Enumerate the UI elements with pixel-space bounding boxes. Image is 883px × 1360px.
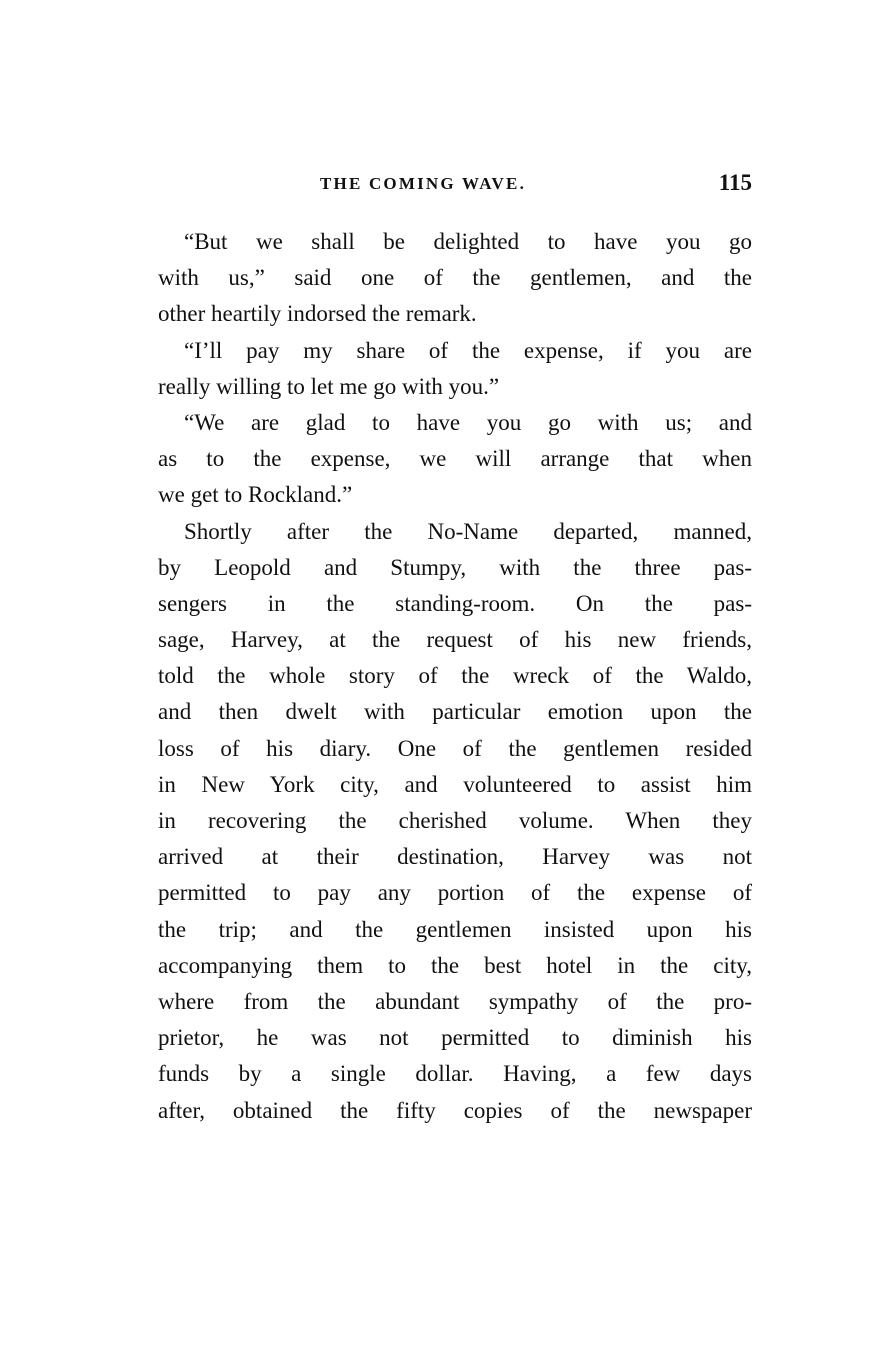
body-text: “But we shall be delighted to have you g… bbox=[158, 224, 752, 1129]
text-line: after, obtained the fifty copies of the … bbox=[158, 1093, 752, 1129]
page-number: 115 bbox=[719, 170, 752, 196]
text-line: in New York city, and volunteered to ass… bbox=[158, 767, 752, 803]
text-line: and then dwelt with particular emotion u… bbox=[158, 694, 752, 730]
text-line: with us,” said one of the gentlemen, and… bbox=[158, 260, 752, 296]
text-line: sage, Harvey, at the request of his new … bbox=[158, 622, 752, 658]
text-line: loss of his diary. One of the gentlemen … bbox=[158, 731, 752, 767]
text-line: “I’ll pay my share of the expense, if yo… bbox=[158, 333, 752, 369]
text-line: in recovering the cherished volume. When… bbox=[158, 803, 752, 839]
text-line: as to the expense, we will arrange that … bbox=[158, 441, 752, 477]
text-line: really willing to let me go with you.” bbox=[158, 369, 752, 405]
text-line: arrived at their destination, Harvey was… bbox=[158, 839, 752, 875]
text-line: other heartily indorsed the remark. bbox=[158, 296, 752, 332]
text-line: “But we shall be delighted to have you g… bbox=[158, 224, 752, 260]
text-line: permitted to pay any portion of the expe… bbox=[158, 875, 752, 911]
text-line: by Leopold and Stumpy, with the three pa… bbox=[158, 550, 752, 586]
text-line: accompanying them to the best hotel in t… bbox=[158, 948, 752, 984]
running-head: THE COMING WAVE. 115 bbox=[158, 168, 752, 204]
book-page: THE COMING WAVE. 115 “But we shall be de… bbox=[158, 168, 752, 204]
text-line: we get to Rockland.” bbox=[158, 477, 752, 513]
text-line: prietor, he was not permitted to diminis… bbox=[158, 1020, 752, 1056]
text-line: where from the abundant sympathy of the … bbox=[158, 984, 752, 1020]
text-line: told the whole story of the wreck of the… bbox=[158, 658, 752, 694]
text-line: Shortly after the No-Name departed, mann… bbox=[158, 514, 752, 550]
running-title: THE COMING WAVE. bbox=[320, 174, 526, 194]
text-line: sengers in the standing-room. On the pas… bbox=[158, 586, 752, 622]
text-line: “We are glad to have you go with us; and bbox=[158, 405, 752, 441]
text-line: the trip; and the gentlemen insisted upo… bbox=[158, 912, 752, 948]
text-line: funds by a single dollar. Having, a few … bbox=[158, 1056, 752, 1092]
